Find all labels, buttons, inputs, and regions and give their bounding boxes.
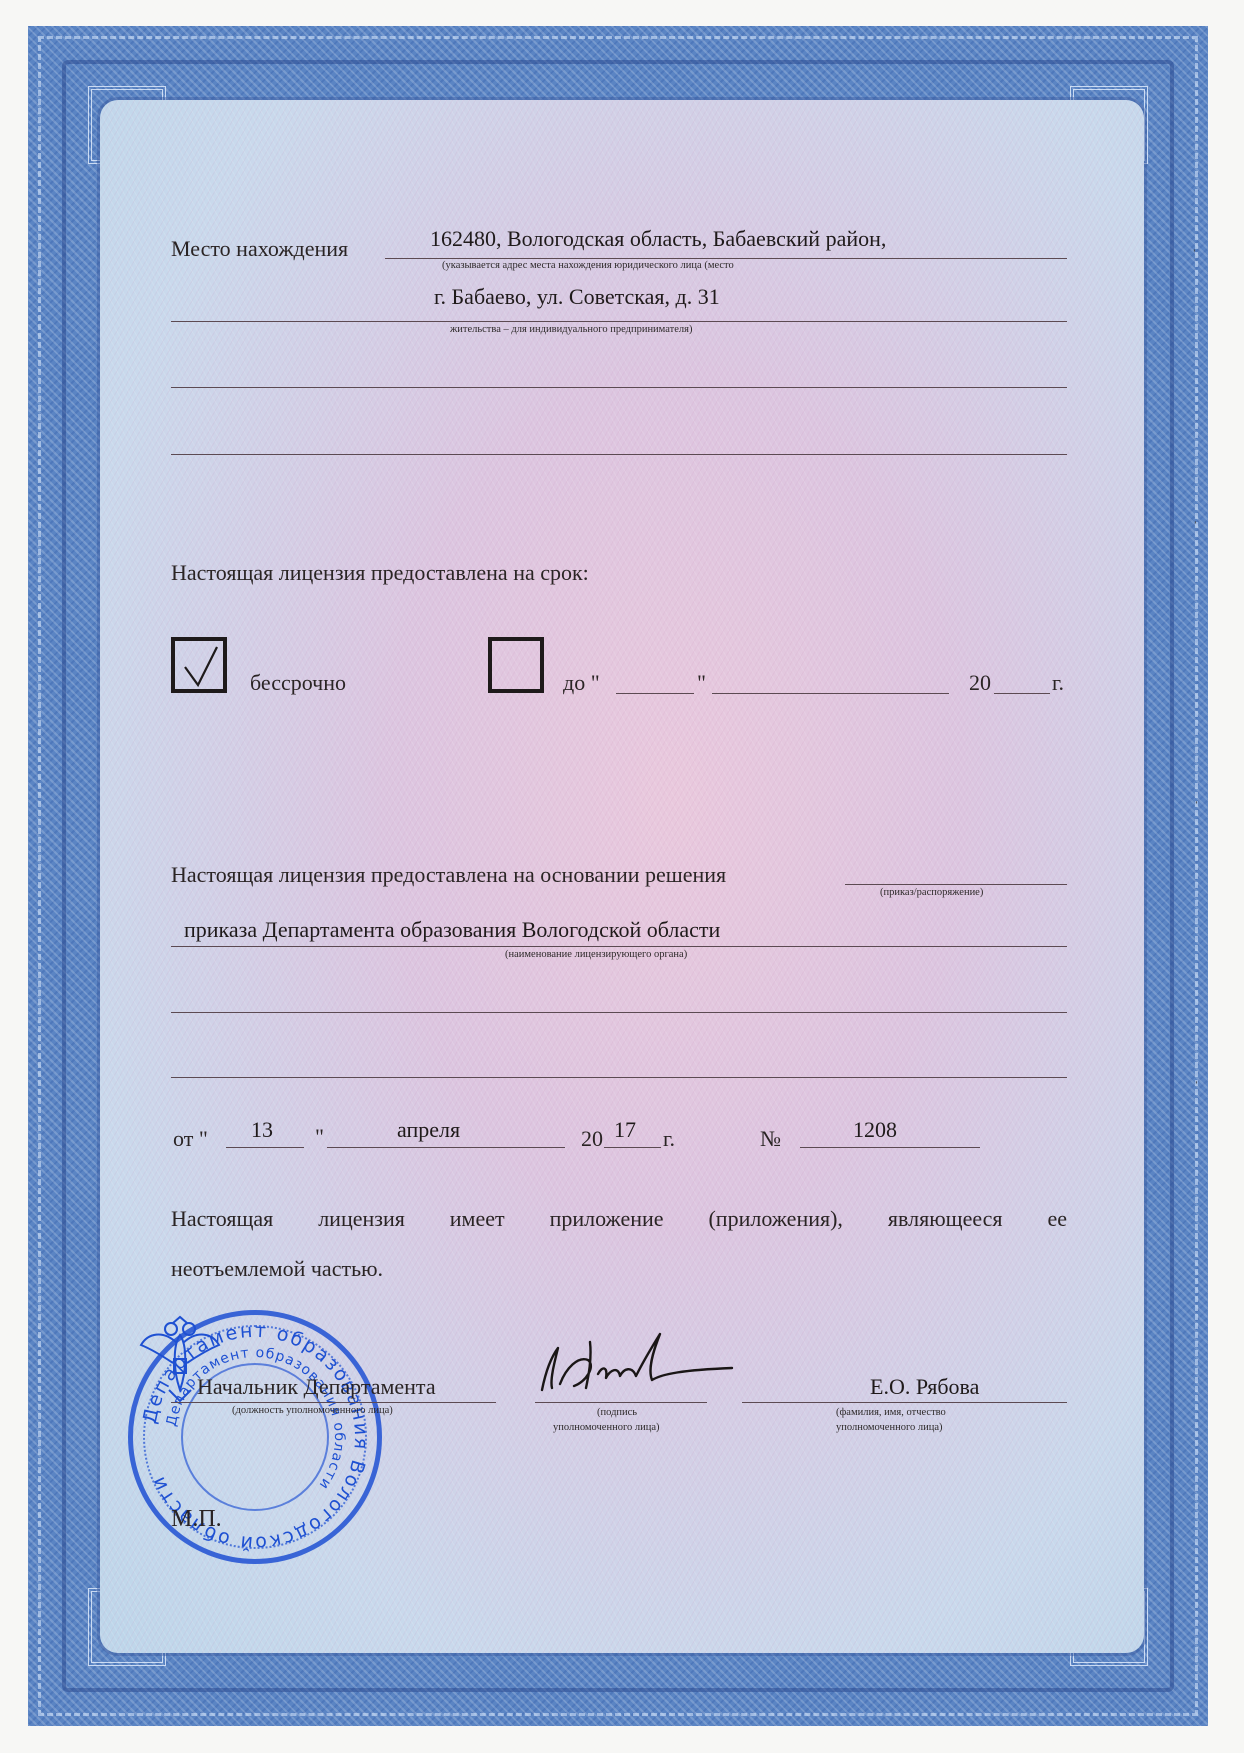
signature-hint-1: (подпись [597, 1407, 637, 1418]
basis-line-4 [171, 1077, 1067, 1078]
decision-year-value: 17 [614, 1117, 636, 1143]
decision-number: 1208 [853, 1117, 897, 1143]
basis-authority: приказа Департамента образования Вологод… [184, 917, 720, 943]
signatory-name-hint-2: уполномоченного лица) [836, 1422, 943, 1433]
official-seal: Департамент образования Вологодской обла… [128, 1310, 382, 1564]
term-heading: Настоящая лицензия предоставлена на срок… [171, 560, 589, 586]
checkbox-unlimited[interactable] [171, 637, 227, 693]
location-line-2 [171, 321, 1067, 322]
appendix-note-line-1: Настоящая лицензия имеет приложение (при… [171, 1206, 1067, 1232]
signatory-position: Начальник Департамента [197, 1374, 436, 1400]
signatory-name-line [742, 1402, 1067, 1403]
seal-placeholder-label: М.П. [171, 1506, 222, 1533]
basis-authority-hint: (наименование лицензирующего органа) [505, 949, 687, 960]
location-address-line-2: г. Бабаево, ул. Советская, д. 31 [434, 284, 720, 310]
decision-number-line [800, 1147, 980, 1148]
decision-number-label: № [760, 1126, 781, 1152]
signature-hint-2: уполномоченного лица) [553, 1422, 660, 1433]
basis-line-3 [171, 1012, 1067, 1013]
signatory-position-hint: (должность уполномоченного лица) [232, 1405, 393, 1416]
edge-mark: ˈ [1194, 1080, 1199, 1096]
signatory-name: Е.О. Рябова [870, 1374, 979, 1400]
appendix-note-text-1: Настоящая лицензия имеет приложение (при… [171, 1206, 1067, 1231]
decision-day: 13 [251, 1117, 273, 1143]
location-address-line-1: 162480, Вологодская область, Бабаевский … [430, 226, 886, 252]
location-line-3 [171, 387, 1067, 388]
until-year-prefix: 20 [969, 670, 991, 696]
decision-day-quote: " [315, 1124, 324, 1150]
basis-order-type-hint: (приказ/распоряжение) [880, 887, 983, 898]
basis-authority-line [171, 946, 1067, 947]
until-day-field[interactable] [616, 693, 694, 694]
decision-from-label: от " [173, 1126, 208, 1152]
location-label: Место нахождения [171, 236, 348, 262]
until-quote-close: " [697, 670, 706, 696]
handwritten-signature [532, 1330, 742, 1400]
decision-from-text: от [173, 1126, 193, 1151]
basis-heading: Настоящая лицензия предоставлена на осно… [171, 862, 726, 888]
until-year-suffix: г. [1052, 670, 1064, 696]
until-month-field[interactable] [712, 693, 949, 694]
edge-mark: ˈ [1192, 248, 1197, 264]
checkbox-until-date[interactable] [488, 637, 544, 693]
location-line-1 [385, 258, 1067, 259]
checkmark-icon [181, 645, 221, 689]
decision-month: апреля [397, 1117, 460, 1143]
checkbox-unlimited-label: бессрочно [250, 670, 346, 696]
signatory-position-line [171, 1402, 496, 1403]
until-prefix: до " [563, 670, 600, 696]
signature-line [535, 1402, 707, 1403]
location-hint-2: жительства – для индивидуального предпри… [450, 324, 692, 335]
location-hint-1: (указывается адрес места нахождения юрид… [442, 260, 734, 271]
decision-year-line [604, 1147, 661, 1148]
edge-mark: ˈ [1193, 520, 1198, 536]
decision-month-line [327, 1147, 565, 1148]
until-year-field[interactable] [994, 693, 1050, 694]
signatory-name-hint-1: (фамилия, имя, отчество [836, 1407, 946, 1418]
location-line-4 [171, 454, 1067, 455]
decision-year-unit: г. [663, 1126, 675, 1152]
appendix-note-line-2: неотъемлемой частью. [171, 1256, 383, 1282]
basis-order-type-line [845, 884, 1067, 885]
decision-day-line [226, 1147, 304, 1148]
decision-year-prefix: 20 [581, 1126, 603, 1152]
edge-mark: ˈ [1194, 800, 1199, 816]
